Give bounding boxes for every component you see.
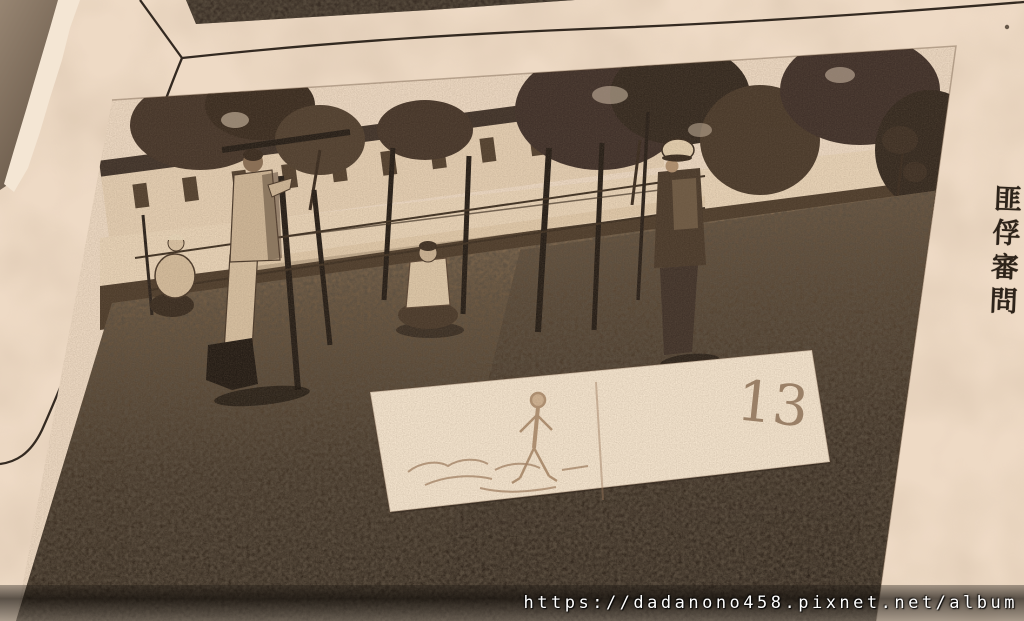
- ink-speck: [1005, 25, 1009, 29]
- screenshot-root: 13 匪俘審問 https://dadanono458.pixnet.net/a…: [0, 0, 1024, 621]
- watermark-bar: https://dadanono458.pixnet.net/album: [0, 585, 1024, 621]
- album-page-scene: [0, 0, 1024, 621]
- photo-plate-number: 13: [734, 373, 811, 436]
- photo-caption-vertical: 匪俘審問: [979, 183, 1024, 355]
- watermark-url: https://dadanono458.pixnet.net/album: [524, 593, 1018, 613]
